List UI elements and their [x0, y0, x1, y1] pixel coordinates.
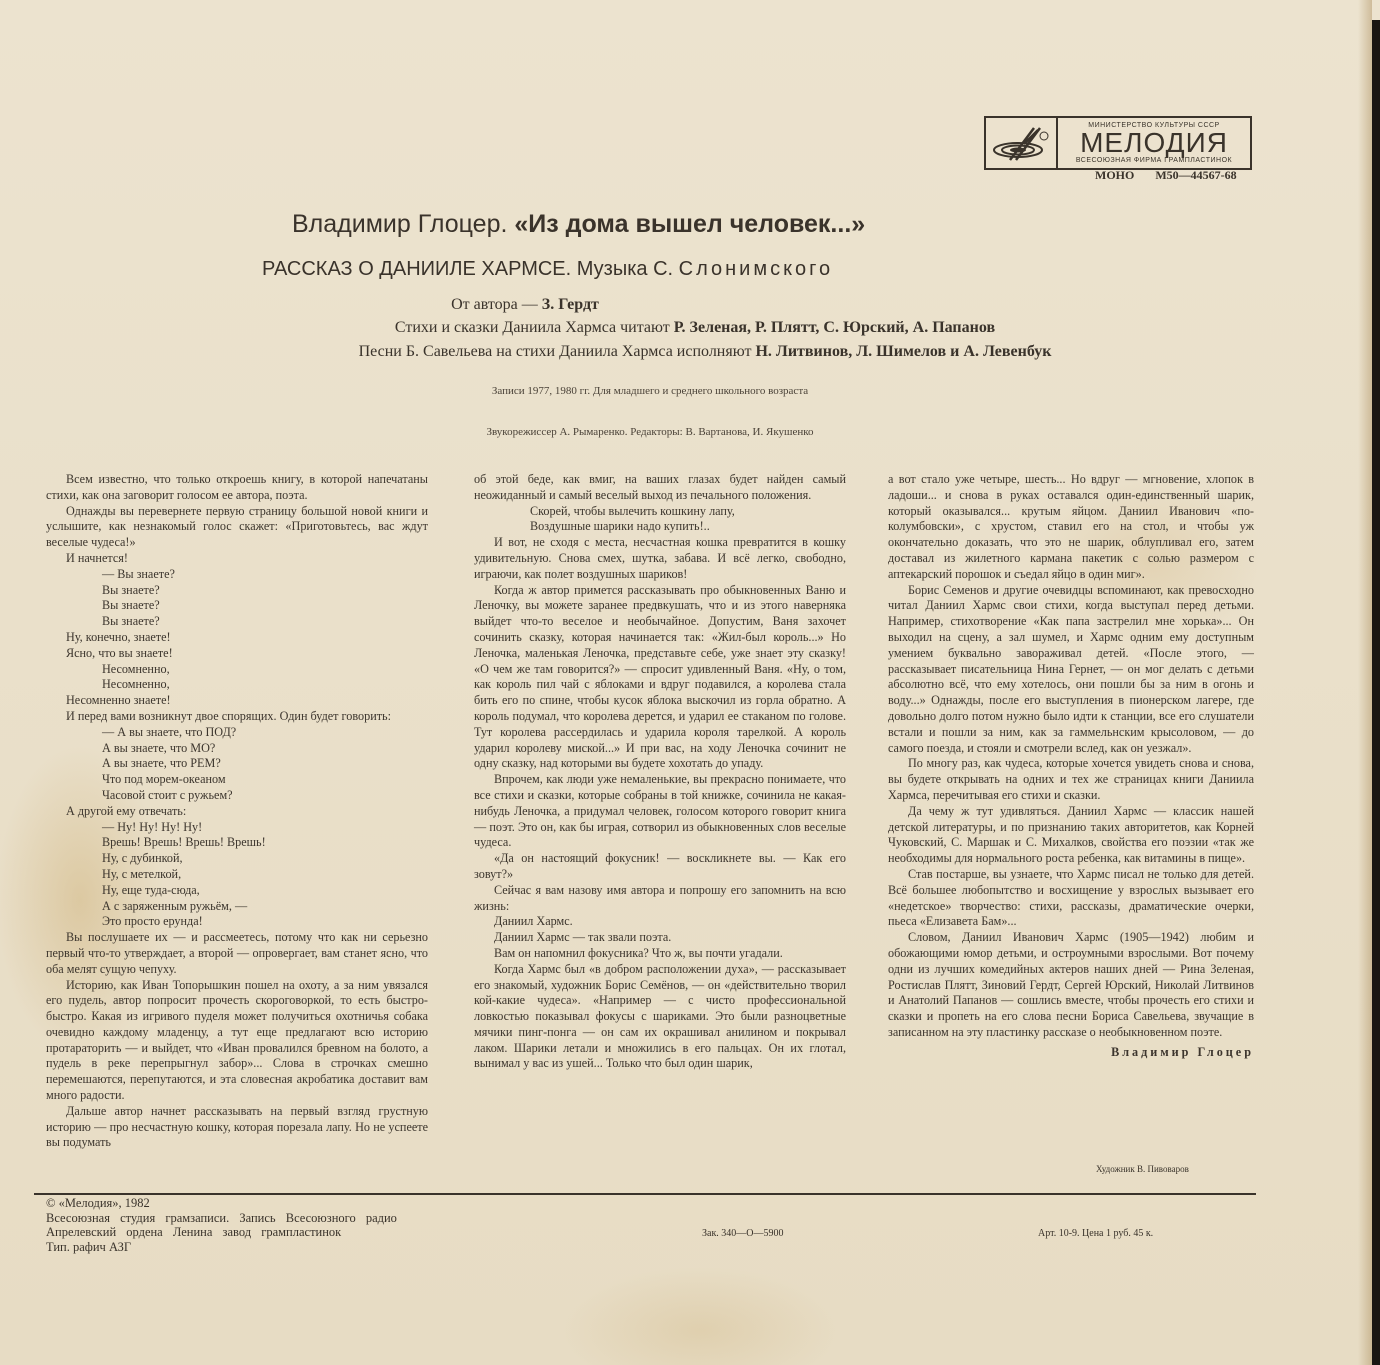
verse-line: Что под морем-океаном: [46, 772, 428, 788]
paragraph: Вы послушаете их — и рассмеетесь, потому…: [46, 930, 428, 977]
verse-line: Ну, еще туда-сюда,: [46, 883, 428, 899]
paragraph: И перед вами возникнут двое спорящих. Од…: [46, 709, 428, 725]
page-subtitle: РАССКАЗ О ДАНИИЛЕ ХАРМСЕ. Музыка С. Слон…: [262, 258, 833, 281]
paragraph: Словом, Даниил Иванович Хармс (1905—1942…: [888, 930, 1254, 1041]
singers-credit: Песни Б. Савельева на стихи Даниила Харм…: [0, 343, 1380, 361]
paragraph: Став постарше, вы узнаете, что Хармс пис…: [888, 867, 1254, 930]
paragraph: а вот стало уже четыре, шесть... Но вдру…: [888, 472, 1254, 583]
verse-line: Скорей, чтобы вылечить кошкину лапу,: [474, 504, 846, 520]
verse-line: А с заряженным ружьём, —: [46, 899, 428, 915]
paragraph: Сейчас я вам назову имя автора и попрошу…: [474, 883, 846, 915]
page-title: Владимир Глоцер. «Из дома вышел человек.…: [292, 210, 865, 239]
paragraph: об этой беде, как вмиг, на ваших глазах …: [474, 472, 846, 504]
paragraph: Когда ж автор примется рассказывать про …: [474, 583, 846, 773]
paragraph: Даниил Хармс — так звали поэта.: [474, 930, 846, 946]
verse-line: Часовой стоит с ружьем?: [46, 788, 428, 804]
verse-line: Вы знаете?: [46, 583, 428, 599]
imprint: © «Мелодия», 1982 Всесоюзная студия грам…: [46, 1196, 397, 1254]
paragraph: Вам он напомнил фокусника? Что ж, вы поч…: [474, 946, 846, 962]
text-column-3: а вот стало уже четыре, шесть... Но вдру…: [888, 472, 1254, 1060]
subtitle: РАССКАЗ О ДАНИИЛЕ ХАРМСЕ.: [262, 258, 571, 280]
paragraph: Впрочем, как люди уже немаленькие, вы пр…: [474, 772, 846, 851]
verse-line: Ну, с дубинкой,: [46, 851, 428, 867]
composer: Слонимского: [679, 258, 834, 280]
verse-line: — Вы знаете?: [46, 567, 428, 583]
paragraph: Дальше автор начнет рассказывать на перв…: [46, 1104, 428, 1151]
verse-line: Несомненно,: [46, 662, 428, 678]
paragraph: Всем известно, что только откроешь книгу…: [46, 472, 428, 504]
verse-line: — Ну! Ну! Ну! Ну!: [46, 820, 428, 836]
imprint-studio: Всесоюзная студия грамзаписи. Запись Все…: [46, 1211, 397, 1226]
sleeve-spine: [1372, 20, 1380, 1365]
verse-line: Вы знаете?: [46, 614, 428, 630]
narrator-credit: От автора — З. Гердт: [0, 296, 1230, 314]
format: МОНО: [1095, 168, 1134, 182]
verse-line: Вы знаете?: [46, 598, 428, 614]
logo-brand: МЕЛОДИЯ: [1080, 129, 1228, 157]
paragraph: Даниил Хармс.: [474, 914, 846, 930]
verse-line: Несомненно знаете!: [46, 693, 428, 709]
paragraph: «Да он настоящий фокусник! — воскликнете…: [474, 851, 846, 883]
verse-line: Ну, с метелкой,: [46, 867, 428, 883]
verse-line: Ну, конечно, знаете!: [46, 630, 428, 646]
copyright: © «Мелодия», 1982: [46, 1196, 397, 1211]
readers-credit: Стихи и сказки Даниила Хармса читают Р. …: [0, 319, 1380, 337]
staff-note: Звукорежиссер А. Рымаренко. Редакторы: В…: [0, 426, 1300, 438]
signature: Владимир Глоцер: [888, 1045, 1254, 1061]
melodiya-disc-logo-icon: [986, 118, 1058, 168]
catalog-id: М50—44567-68: [1155, 168, 1236, 182]
text-column-2: об этой беде, как вмиг, на ваших глазах …: [474, 472, 846, 1072]
verse-line: А вы знаете, что МО?: [46, 741, 428, 757]
divider: [34, 1193, 1256, 1195]
logo-subtitle: ВСЕСОЮЗНАЯ ФИРМА ГРАМПЛАСТИНОК: [1076, 157, 1232, 164]
paragraph: Однажды вы перевернете первую страницу б…: [46, 504, 428, 551]
text-column-1: Всем известно, что только откроешь книгу…: [46, 472, 428, 1151]
paragraph: Борис Семенов и другие очевидцы вспомина…: [888, 583, 1254, 757]
verse-line: Ясно, что вы знаете!: [46, 646, 428, 662]
verse-line: Несомненно,: [46, 677, 428, 693]
verse-line: Это просто ерунда!: [46, 914, 428, 930]
artist-credit: Художник В. Пивоваров: [1096, 1164, 1189, 1174]
verse-line: А другой ему отвечать:: [46, 804, 428, 820]
catalog-number: МОНО М50—44567-68: [1095, 168, 1237, 183]
imprint-print: Тип. рафич АЗГ: [46, 1240, 397, 1255]
verse-line: И начнется!: [46, 551, 428, 567]
music-label: Музыка С.: [577, 258, 673, 280]
order-number: Зак. 340—О—5900: [702, 1228, 784, 1239]
paragraph: Историю, как Иван Топорышкин пошел на ох…: [46, 978, 428, 1104]
paragraph: И вот, не сходя с места, несчастная кошк…: [474, 535, 846, 582]
sleeve-edge: [1358, 0, 1372, 1365]
paragraph: Когда Хармс был «в добром расположении д…: [474, 962, 846, 1073]
imprint-plant: Апрелевский ордена Ленина завод грамплас…: [46, 1225, 397, 1240]
verse-line: Врешь! Врешь! Врешь! Врешь!: [46, 835, 428, 851]
work-title: «Из дома вышел человек...»: [514, 210, 865, 238]
verse-line: А вы знаете, что РЕМ?: [46, 756, 428, 772]
paragraph: Да чему ж тут удивляться. Даниил Хармс —…: [888, 804, 1254, 867]
melodiya-logo: МИНИСТЕРСТВО КУЛЬТУРЫ СССР МЕЛОДИЯ ВСЕСО…: [984, 116, 1252, 170]
paragraph: По многу раз, как чудеса, которые хочетс…: [888, 756, 1254, 803]
recordings-note: Записи 1977, 1980 гг. Для младшего и сре…: [0, 385, 1300, 397]
price: Арт. 10-9. Цена 1 руб. 45 к.: [1038, 1228, 1153, 1239]
author: Владимир Глоцер.: [292, 210, 507, 238]
verse-line: — А вы знаете, что ПОД?: [46, 725, 428, 741]
verse-line: Воздушные шарики надо купить!..: [474, 519, 846, 535]
